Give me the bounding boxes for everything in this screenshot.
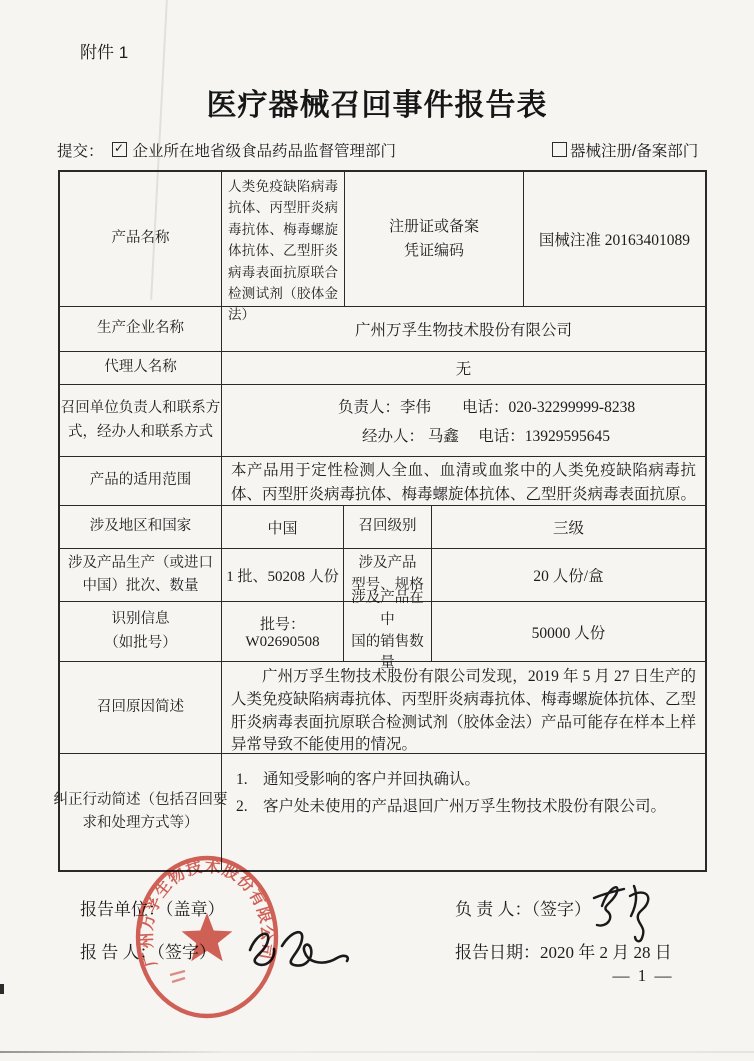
manufacturer-value: 广州万孚生物技术股份有限公司 [222,307,705,351]
principal-sign-label: 负 责 人：（签字） [455,895,591,920]
submit-option-registration-wrap: 器械注册/备案部门 [552,139,698,161]
sales-quantity-label: 涉及产品在中 国的销售数量 [344,602,432,661]
row-scope: 产品的适用范围 本产品用于定性检测人全血、血清或血浆中的人类免疫缺陷病毒抗体、丙… [60,457,705,506]
product-name-label: 产品名称 [60,172,222,306]
row-product-name: 产品名称 人类免疫缺陷病毒抗体、丙型肝炎病毒抗体、梅毒螺旋体抗体、乙型肝炎病毒表… [60,172,705,307]
row-identify: 识别信息 （如批号） 批号：W02690508 涉及产品在中 国的销售数量 50… [60,602,705,662]
row-region: 涉及地区和国家 中国 召回级别 三级 [60,506,705,549]
contact-handler-line: 经办人： 马鑫 电话：13929595645 [226,424,610,446]
manufacturer-label: 生产企业名称 [60,307,222,351]
sales-quantity-value: 50000 人份 [432,602,705,661]
row-agent: 代理人名称 无 [60,352,705,385]
page-number: — 1 — [598,966,688,986]
checkbox-checked-icon: ✓ [112,142,127,157]
scan-edge-artifact [0,1051,754,1053]
batch-value: 1 批、50208 人份 [222,549,344,601]
star-icon [182,913,233,961]
row-contact: 召回单位负责人和联系方 式，经办人和联系方式 负责人：李伟 电话：020-322… [60,385,705,457]
principal-signature [586,874,670,946]
batch-label: 涉及产品生产（或进口 中国）批次、数量 [60,549,222,601]
check-icon: ✓ [114,142,124,154]
reporter-signature [240,918,360,978]
reason-label: 召回原因简述 [60,662,222,753]
registration-code-label: 注册证或备案 凭证编码 [345,172,524,306]
report-table: 产品名称 人类免疫缺陷病毒抗体、丙型肝炎病毒抗体、梅毒螺旋体抗体、乙型肝炎病毒表… [58,170,707,872]
action-item-1: 1. 通知受影响的客户并回执确认。 [236,766,697,793]
scope-label: 产品的适用范围 [60,457,222,505]
submit-prefix: 提交： [57,139,104,161]
scope-value: 本产品用于定性检测人全血、血清或血浆中的人类免疫缺陷病毒抗体、丙型肝炎病毒抗体、… [222,457,705,505]
report-date-label: 报告日期： [455,943,540,962]
contact-label: 召回单位负责人和联系方 式，经办人和联系方式 [60,385,222,456]
scan-edge-mark [0,984,4,994]
scanned-report-page: 附件 1 医疗器械召回事件报告表 提交： ✓ 企业所在地省级食品药品监督管理部门… [0,0,754,1061]
lot-number-value: 批号：W02690508 [222,602,344,661]
page-title: 医疗器械召回事件报告表 [0,80,754,124]
region-value: 中国 [222,506,344,548]
reason-value: 广州万孚生物技术股份有限公司发现，2019 年 5 月 27 日生产的人类免疫缺… [222,662,705,753]
recall-level-value: 三级 [432,506,705,548]
action-item-2: 2. 客户处未使用的产品退回广州万孚生物技术股份有限公司。 [236,793,697,820]
submit-to-line: 提交： ✓ 企业所在地省级食品药品监督管理部门 [57,139,396,161]
row-reason: 召回原因简述 广州万孚生物技术股份有限公司发现，2019 年 5 月 27 日生… [60,662,705,754]
recall-level-label: 召回级别 [344,506,432,548]
contact-principal-line: 负责人：李伟 电话：020-32299999-8238 [226,395,635,417]
agent-value: 无 [222,352,705,384]
registration-code-value: 国械注准 20163401089 [524,172,705,306]
submit-option-provincial: 企业所在地省级食品药品监督管理部门 [133,139,397,161]
checkbox-empty-icon [552,142,567,157]
product-name-value: 人类免疫缺陷病毒抗体、丙型肝炎病毒抗体、梅毒螺旋体抗体、乙型肝炎病毒表面抗原联合… [222,172,345,306]
action-value: 1. 通知受影响的客户并回执确认。 2. 客户处未使用的产品退回广州万孚生物技术… [222,754,705,870]
contact-value: 负责人：李伟 电话：020-32299999-8238 经办人： 马鑫 电话：1… [222,385,705,456]
agent-label: 代理人名称 [60,352,222,384]
submit-option-registration: 器械注册/备案部门 [570,139,698,161]
row-manufacturer: 生产企业名称 广州万孚生物技术股份有限公司 [60,307,705,352]
identify-label: 识别信息 （如批号） [60,602,222,661]
model-spec-value: 20 人份/盒 [432,549,705,601]
region-label: 涉及地区和国家 [60,506,222,548]
attachment-label: 附件 1 [80,38,128,63]
